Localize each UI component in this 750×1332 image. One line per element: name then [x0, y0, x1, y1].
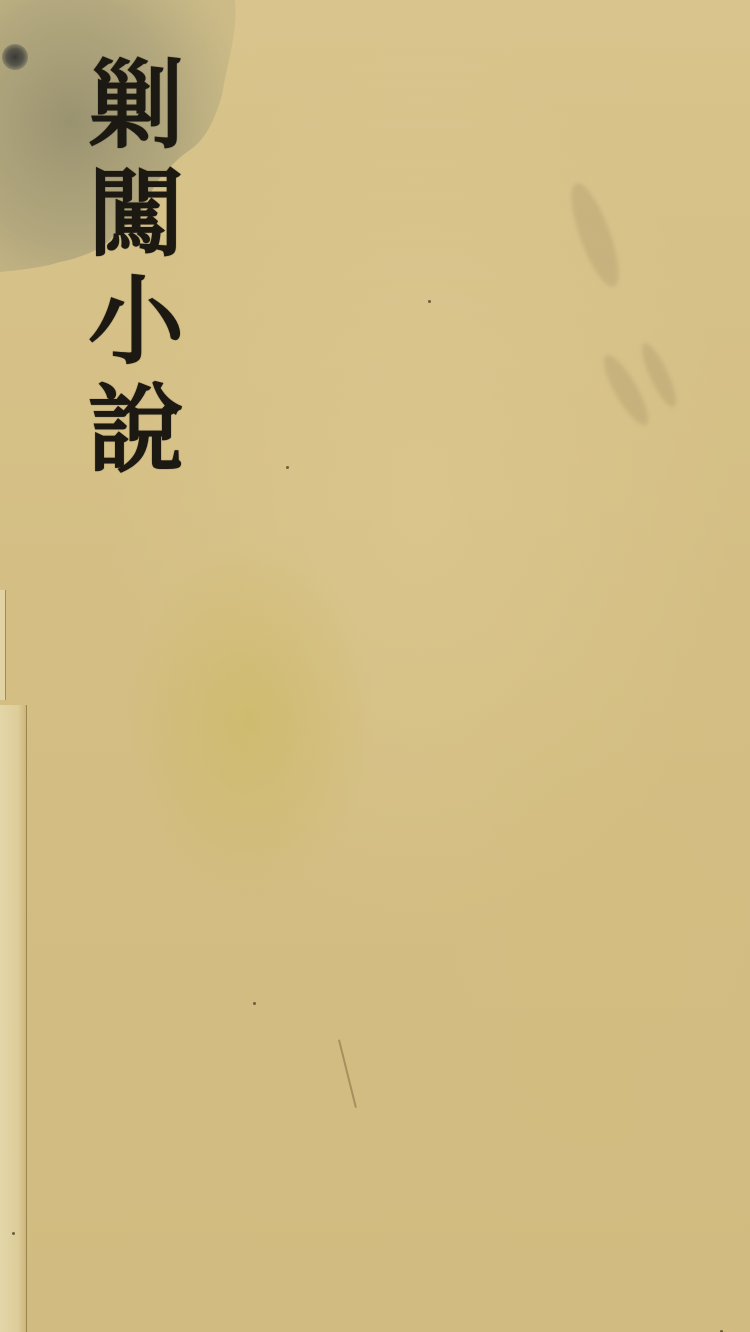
spine-binding-strip [0, 705, 27, 1332]
spine-binding-edge-upper [0, 590, 6, 700]
paper-speck [253, 1002, 256, 1005]
paper-speck [428, 300, 431, 303]
paper-speck [12, 1232, 15, 1235]
book-cover: 剿 闖 小 說 [0, 0, 750, 1332]
scuff-mark [562, 178, 628, 292]
title-char-1: 剿 [88, 52, 184, 160]
paper-crease [338, 1040, 357, 1108]
title-char-4: 說 [88, 376, 184, 484]
title-char-2: 闖 [88, 160, 184, 268]
book-title: 剿 闖 小 說 [76, 52, 196, 484]
mold-spot [2, 44, 28, 70]
title-char-3: 小 [88, 268, 184, 376]
paper-speck [286, 466, 289, 469]
